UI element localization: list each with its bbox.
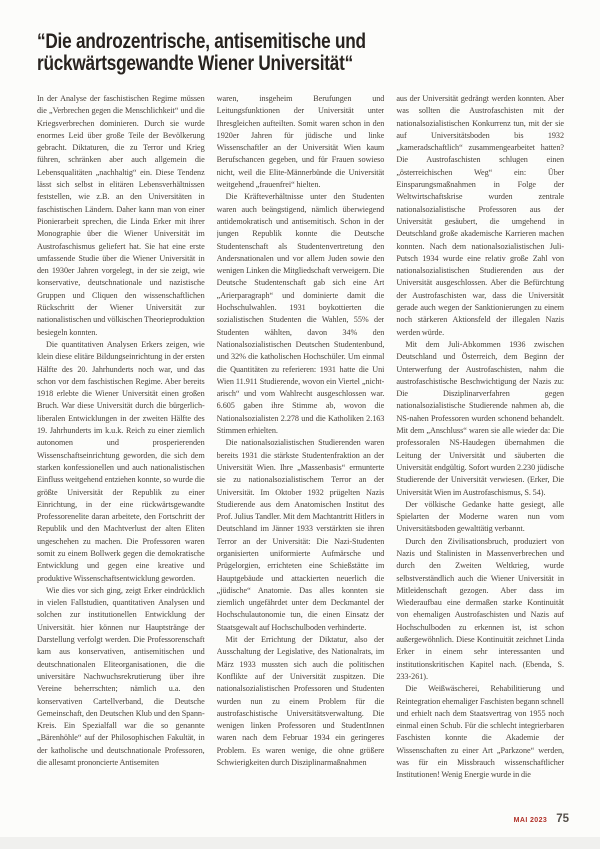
body-paragraph: waren, insgeheim Berufungen und Leitungs… — [217, 93, 385, 191]
footer-issue-date: MAI 2023 — [514, 817, 548, 824]
article-column-1: In der Analyse der faschistischen Regime… — [37, 93, 205, 800]
article-column-2: waren, insgeheim Berufungen und Leitungs… — [217, 93, 385, 800]
article-body: In der Analyse der faschistischen Regime… — [37, 93, 564, 800]
body-paragraph: Die quantitativen Analysen Erkers zeigen… — [37, 339, 205, 585]
body-paragraph: Die Weißwäscherei, Rehabilitierung und R… — [396, 683, 564, 781]
page-title-line-1: “Die androzentrische, antisemitische und — [37, 31, 485, 53]
body-paragraph: aus der Universität gedrängt werden konn… — [396, 93, 564, 339]
body-paragraph: Die Kräfteverhältnisse unter den Student… — [217, 191, 385, 437]
body-paragraph: In der Analyse der faschistischen Regime… — [37, 93, 205, 339]
body-paragraph: Durch den Zivilisationsbruch, produziert… — [396, 536, 564, 684]
page-footer: MAI 2023 75 — [514, 813, 569, 825]
body-paragraph: Mit der Errichtung der Diktatur, also de… — [217, 634, 385, 769]
article-column-3: aus der Universität gedrängt werden konn… — [396, 93, 564, 800]
page-title-line-2: rückwärtsgewandte Wiener Universität“ — [37, 53, 485, 75]
footer-page-number: 75 — [556, 813, 569, 825]
page-title: “Die androzentrische, antisemitische und… — [37, 31, 597, 74]
magazine-page: “Die androzentrische, antisemitische und… — [0, 0, 600, 849]
body-paragraph: Der völkische Gedanke hatte gesiegt, all… — [396, 499, 564, 536]
body-paragraph: Die nationalsozialistischen Studierenden… — [217, 437, 385, 634]
body-paragraph: Wie dies vor sich ging, zeigt Erker eind… — [37, 585, 205, 769]
page-bottom-edge — [0, 837, 600, 849]
body-paragraph: Mit dem Juli-Abkommen 1936 zwischen Deut… — [396, 339, 564, 499]
